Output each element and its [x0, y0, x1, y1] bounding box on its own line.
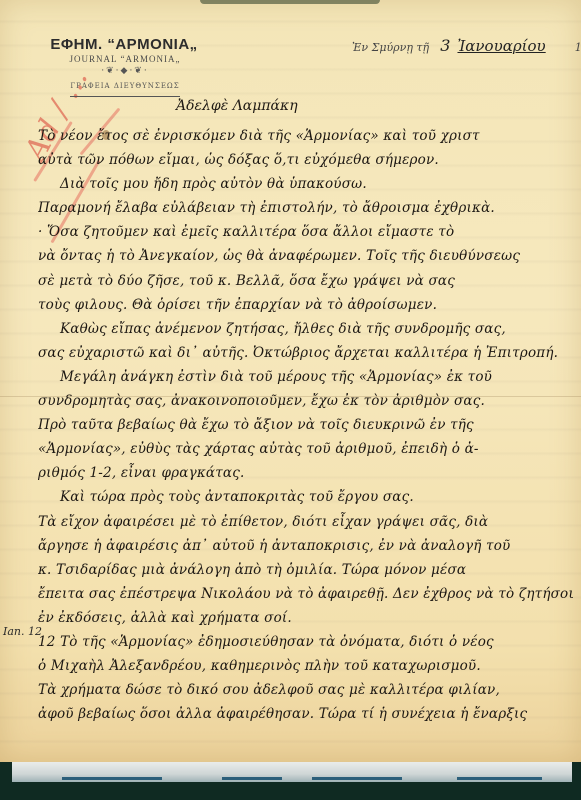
- handwritten-line: τοὺς φιλους. Θὰ ὁρίσει τῆν ἐπαρχίαν νὰ τ…: [38, 293, 573, 317]
- handwritten-line: αὐτὰ τῶν πόθων εἴμαι, ὡς δόξας ὅ,τι εὐχό…: [38, 148, 573, 172]
- handwritten-line: νὰ ὄντας ἡ τὸ Ἀνεγκαίον, ὡς θὰ ἀναφέρωμε…: [38, 244, 573, 268]
- handwritten-line: ἄργησε ἡ ἀφαιρέσις ἀπ᾽ αὐτοῦ ἡ ἀνταποκρι…: [38, 534, 573, 558]
- handwritten-line: Τὰ χρήματα δώσε τὸ δικό σου ἀδελφοῦ σας …: [38, 678, 573, 702]
- handwritten-line: σας εὐχαριστῶ καὶ δι᾽ αὐτῆς. Ὀκτώβριος ἄ…: [38, 341, 573, 365]
- handwritten-line: Καὶ τώρα πρὸς τοὺς ἀνταποκριτὰς τοῦ ἔργο…: [38, 485, 573, 509]
- page-stack-edge: [12, 762, 572, 782]
- letter-page: Ad / ... ΕΦΗΜ. “ΑΡΜΟΝΙΑ„ JOURNAL “ARMONI…: [0, 0, 581, 762]
- handwritten-line: ὁ Μιχαὴλ Ἀλεξανδρέου, καθημερινὸς πλὴν τ…: [38, 654, 573, 678]
- letterhead-subtitle: JOURNAL “ARMONIA„: [30, 54, 220, 64]
- handwritten-line: συνδρομητὰς σας, ἀνακοινοποιοῦμεν, ἔχω ἐ…: [38, 389, 573, 413]
- handwritten-line: Παραμονή ἔλαβα εὐλάβειαν τὴ ἐπιστολήν, τ…: [38, 196, 573, 220]
- handwritten-line: «Ἁρμονίας», εὐθὺς τὰς χάρτας αὐτὰς τοῦ ἀ…: [38, 437, 573, 461]
- handwritten-line: ἀφοῦ βεβαίως ὅσοι ἀλλα ἀφαιρέθησαν. Τώρα…: [38, 702, 573, 726]
- letterhead-divider: [70, 96, 180, 97]
- handwritten-line: 12 Τὸ τῆς «Ἁρμονίας» ἐδημοσιεύθησαν τὰ ὀ…: [38, 630, 573, 654]
- date-day: 3: [440, 36, 450, 55]
- stack-edge-stripe: [222, 777, 282, 780]
- dateline: Ἐν Σμύρνῃ τῇ 3 Ἰανουαρίου 1908: [352, 36, 581, 55]
- date-year: 1908: [575, 41, 581, 54]
- letterhead-title: ΕΦΗΜ. “ΑΡΜΟΝΙΑ„: [28, 36, 220, 53]
- handwritten-line: σὲ μετὰ τὸ δύο ζῆσε, τοῦ κ. Βελλᾶ, ὅσα ἔ…: [38, 269, 573, 293]
- handwritten-line: Τὰ εἴχον ἀφαιρέσει μὲ τὸ ἐπίθετον, διότι…: [38, 510, 573, 534]
- date-place: Ἐν Σμύρνῃ τῇ: [352, 41, 429, 54]
- date-month: Ἰανουαρίου: [457, 37, 545, 55]
- ornament-icon: ·❦·◆·❦·: [30, 66, 220, 76]
- handwritten-line: Πρὸ ταῦτα βεβαίως θὰ ἔχω τὸ ἄξιον νὰ τοῖ…: [38, 413, 573, 437]
- handwritten-line: Διὰ τοῖς μου ἤδη πρὸς αὐτὸν θὰ ὑπακούσω.: [38, 172, 573, 196]
- top-edge-shadow: [200, 0, 380, 4]
- handwritten-line: ἔπειτα σας ἐπέστρεψα Νικολάου νὰ τὸ ἀφαι…: [38, 582, 573, 606]
- handwritten-line: Τὸ νέον ἔτος σὲ ἐνρισκόμεν διὰ τῆς «Ἁρμο…: [38, 124, 573, 148]
- letterhead: ΕΦΗΜ. “ΑΡΜΟΝΙΑ„ JOURNAL “ARMONIA„ ·❦·◆·❦…: [30, 36, 220, 97]
- handwritten-line: Καθὼς εἴπας ἀνέμενον ζητήσας, ἤλθες διὰ …: [38, 317, 573, 341]
- stack-edge-stripe: [457, 777, 542, 780]
- stack-edge-stripe: [312, 777, 402, 780]
- handwritten-line: · Ὅσα ζητοῦμεν καὶ ἐμεῖς καλλιτέρα ὅσα ἄ…: [38, 220, 573, 244]
- handwritten-line: ριθμός 1-2, εἶναι φραγκάτας.: [38, 461, 573, 485]
- stack-edge-stripe: [62, 777, 162, 780]
- handwritten-line: κ. Τσιδαρίδας μιὰ ἀνάλογη ἀπὸ τὴ ὁμιλία.…: [38, 558, 573, 582]
- letterhead-office: ΓΡΑΦΕΙΑ ΔΙΕΥΘΥΝΣΕΩΣ: [30, 82, 220, 90]
- letter-body: Τὸ νέον ἔτος σὲ ἐνρισκόμεν διὰ τῆς «Ἁρμο…: [38, 124, 573, 726]
- margin-note: Ian. 12: [3, 625, 42, 638]
- handwritten-line: Μεγάλη ἀνάγκη ἐστὶν διὰ τοῦ μέρους τῆς «…: [38, 365, 573, 389]
- salutation: Ἀδελφὲ Λαμπάκη: [176, 98, 298, 114]
- handwritten-line: ἐν ἐκδόσεις, ἀλλὰ καὶ χρήματα σοί.: [38, 606, 573, 630]
